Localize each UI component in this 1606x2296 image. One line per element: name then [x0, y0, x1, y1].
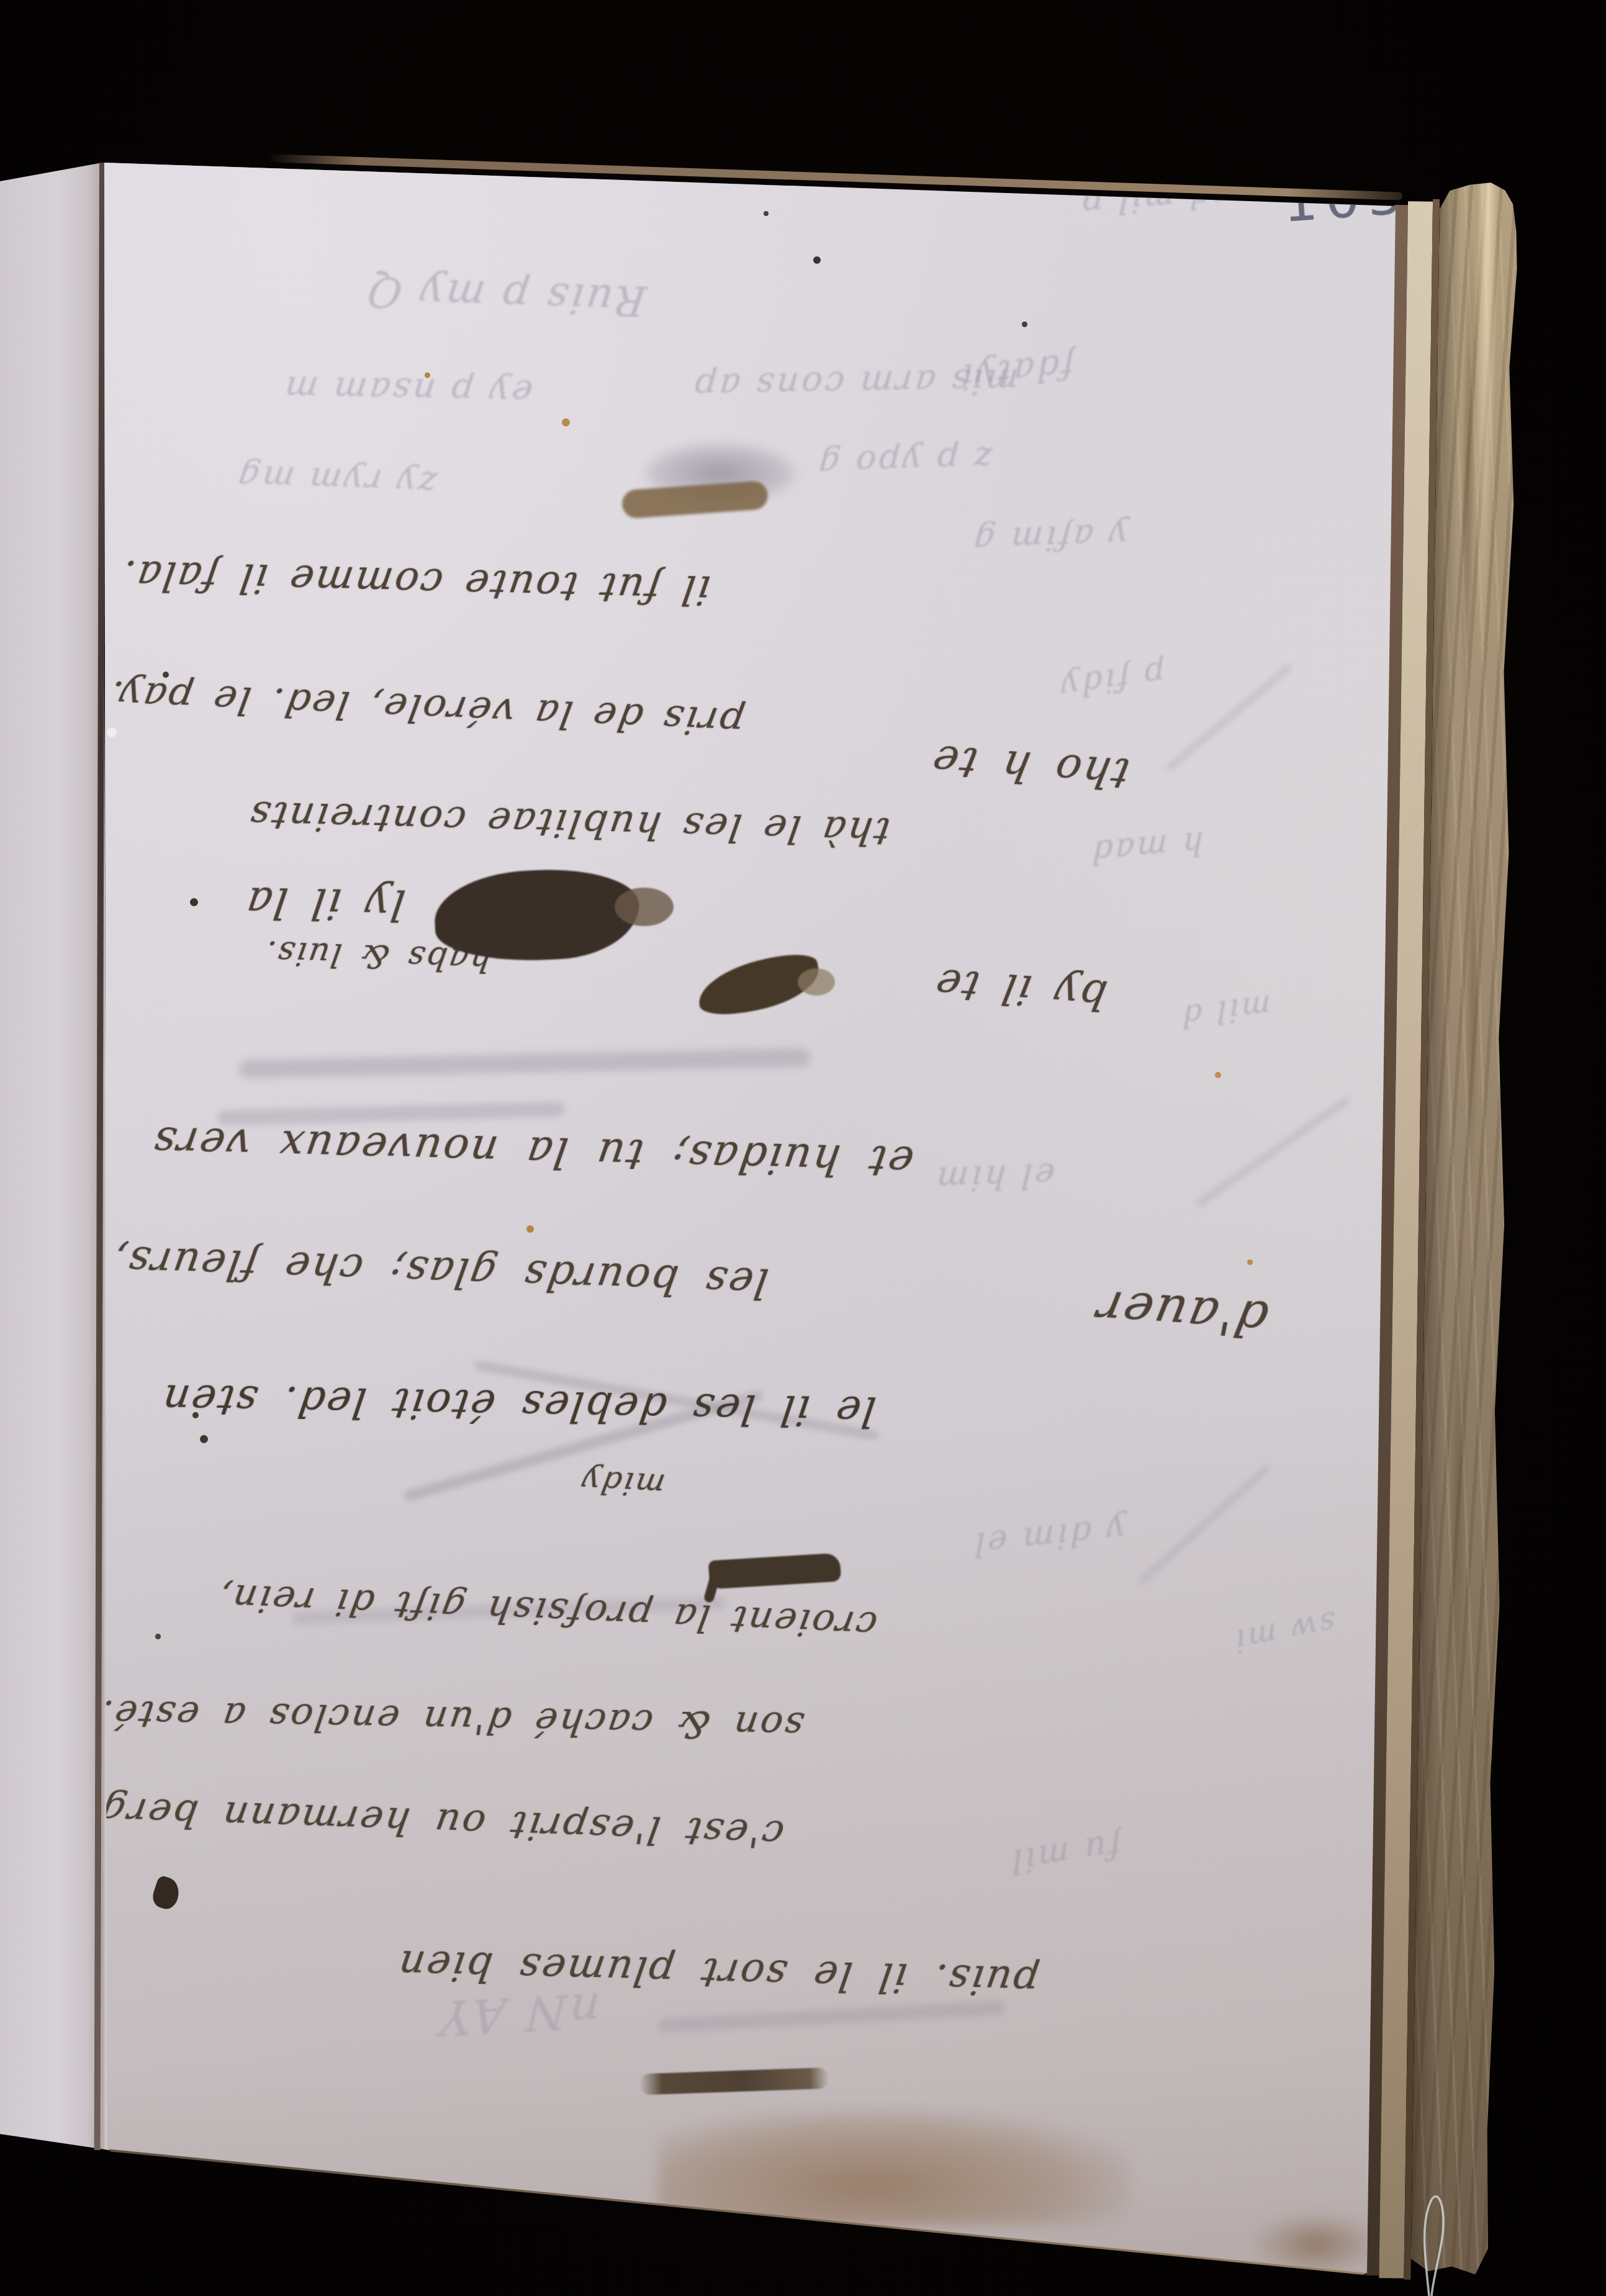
manuscript-photo: 103 Ruis p my Q ey p nsam m mis arm cons… [0, 0, 1606, 2296]
stray-fiber [0, 0, 1606, 2296]
